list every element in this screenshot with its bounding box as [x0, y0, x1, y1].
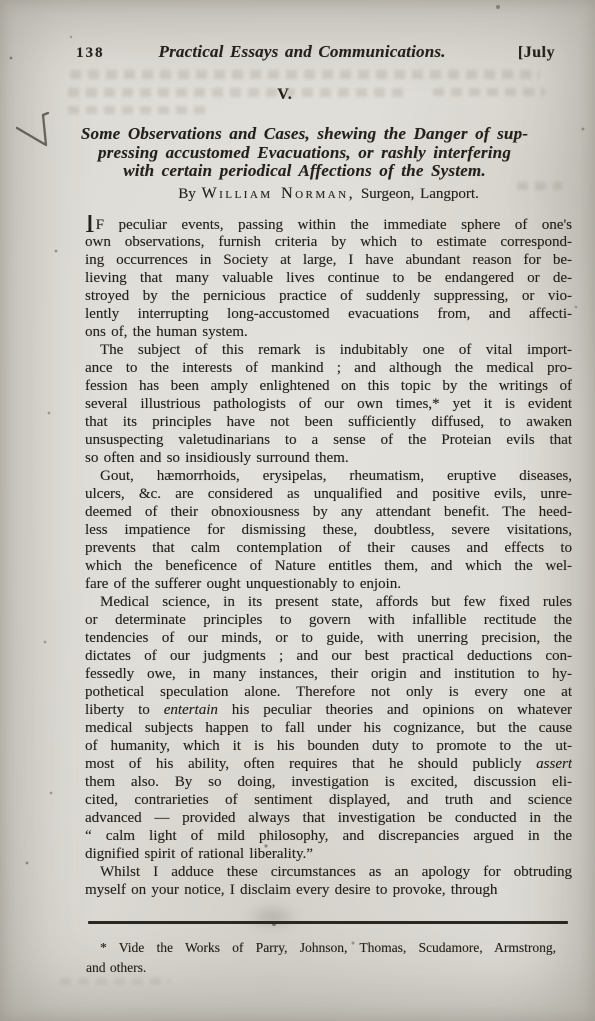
text-line: tendencies of our minds, or to guide, wi…: [85, 629, 572, 647]
page-header: 138 Practical Essays and Communications.…: [76, 42, 555, 62]
paragraph: The subject of this remark is indubitabl…: [85, 341, 572, 467]
text-line: so often and so insidiously surround the…: [85, 449, 572, 467]
text-line: Gout, hæmorrhoids, erysipelas, rheumatis…: [85, 467, 572, 485]
paragraph: Medical science, in its present state, a…: [85, 593, 572, 863]
text-line: them also. By so doing, investigation is…: [85, 773, 572, 791]
text-line: ing occurrences in Society at large, I h…: [85, 251, 572, 269]
text-line: several illustrious pathologists of our …: [85, 395, 572, 413]
issue-label: [July: [518, 44, 555, 62]
text-line: ons of, the human system.: [85, 323, 572, 341]
text-line: that its principles have not been suffic…: [85, 413, 572, 431]
paragraph: Gout, hæmorrhoids, erysipelas, rheumatis…: [85, 467, 572, 593]
ink-stain: [235, 900, 310, 934]
page-number: 138: [76, 45, 105, 62]
text-line: most of his ability, often requires that…: [85, 755, 572, 773]
paragraph: IF peculiar events, passing within the i…: [85, 215, 572, 341]
text-line: less impatience for dismissing these, do…: [85, 521, 572, 539]
text-line: dignified spirit of rational liberality.…: [85, 845, 572, 863]
title-line: pressing accustomed Evacuations, or rash…: [52, 144, 557, 163]
byline-suffix: Surgeon, Langport.: [361, 186, 479, 202]
title-line: with certain periodical Affections of th…: [52, 162, 557, 181]
text-line: prevents that calm contemplation of thei…: [85, 539, 572, 557]
text-line: of humanity, which it is his bounden dut…: [85, 737, 572, 755]
byline: By William Norman, Surgeon, Langport.: [85, 185, 572, 203]
text-line: medical subjects happen to fall under hi…: [85, 719, 572, 737]
title-line: Some Observations and Cases, shewing the…: [52, 125, 557, 144]
text-line: lieving that many valuable lives continu…: [85, 269, 572, 287]
text-line: fession has been amply enlightened on th…: [85, 377, 572, 395]
text-line: pothetical speculation alone. Therefore …: [85, 683, 572, 701]
text-line: stroyed by the pernicious practice of su…: [85, 287, 572, 305]
text-line: ance to the interests of mankind ; and a…: [85, 359, 572, 377]
show-through-smudge: [68, 106, 208, 114]
dust-specks: [0, 0, 2, 2]
article-title: Some Observations and Cases, shewing the…: [52, 125, 557, 181]
text-line: IF peculiar events, passing within the i…: [85, 215, 572, 233]
scanned-page: 138 Practical Essays and Communications.…: [0, 0, 595, 1021]
text-line: or determinate principles to govern with…: [85, 611, 572, 629]
footnote-rule: [88, 921, 568, 924]
text-line: fessedly owe, in many instances, their o…: [85, 665, 572, 683]
text-line: lently interrupting long-accustomed evac…: [85, 305, 572, 323]
text-line: ulcers, &c. are considered as unqualifie…: [85, 485, 572, 503]
show-through-smudge: [60, 978, 170, 985]
text-line: cited, contrarieties of sentiment displa…: [85, 791, 572, 809]
text-line: The subject of this remark is indubitabl…: [85, 341, 572, 359]
footnote: * Vide the Works of Parry, Johnson, Thom…: [86, 938, 556, 978]
section-number: V.: [50, 86, 520, 104]
byline-author: William Norman,: [201, 185, 355, 202]
byline-prefix: By: [178, 186, 196, 202]
dropcap-initial: I: [85, 218, 95, 228]
text-line: myself on your notice, I disclaim every …: [85, 881, 572, 899]
running-title: Practical Essays and Communications.: [159, 42, 446, 62]
text-line: fare of the sufferer ought unquestionabl…: [85, 575, 572, 593]
footnote-line: and others.: [86, 958, 556, 978]
text-line: “ calm light of mild philosophy, and dis…: [85, 827, 572, 845]
footnote-line: * Vide the Works of Parry, Johnson, Thom…: [86, 938, 556, 958]
text-line: Whilst I adduce these circumstances as a…: [85, 863, 572, 881]
show-through-smudge: [70, 70, 540, 79]
text-line: advanced — provided always that investig…: [85, 809, 572, 827]
text-line: Medical science, in its present state, a…: [85, 593, 572, 611]
paragraph: Whilst I adduce these circumstances as a…: [85, 863, 572, 899]
text-line: which the beneficence of Nature entitles…: [85, 557, 572, 575]
text-line: unsuspecting valetudinarians to a sense …: [85, 431, 572, 449]
text-line: deemed of their obnoxiousness by any att…: [85, 503, 572, 521]
text-line: liberty to entertain his peculiar theori…: [85, 701, 572, 719]
text-line: own observations, furnish criteria by wh…: [85, 233, 572, 251]
article-body: IF peculiar events, passing within the i…: [85, 215, 572, 899]
text-line: dictates of our judgments ; and our best…: [85, 647, 572, 665]
